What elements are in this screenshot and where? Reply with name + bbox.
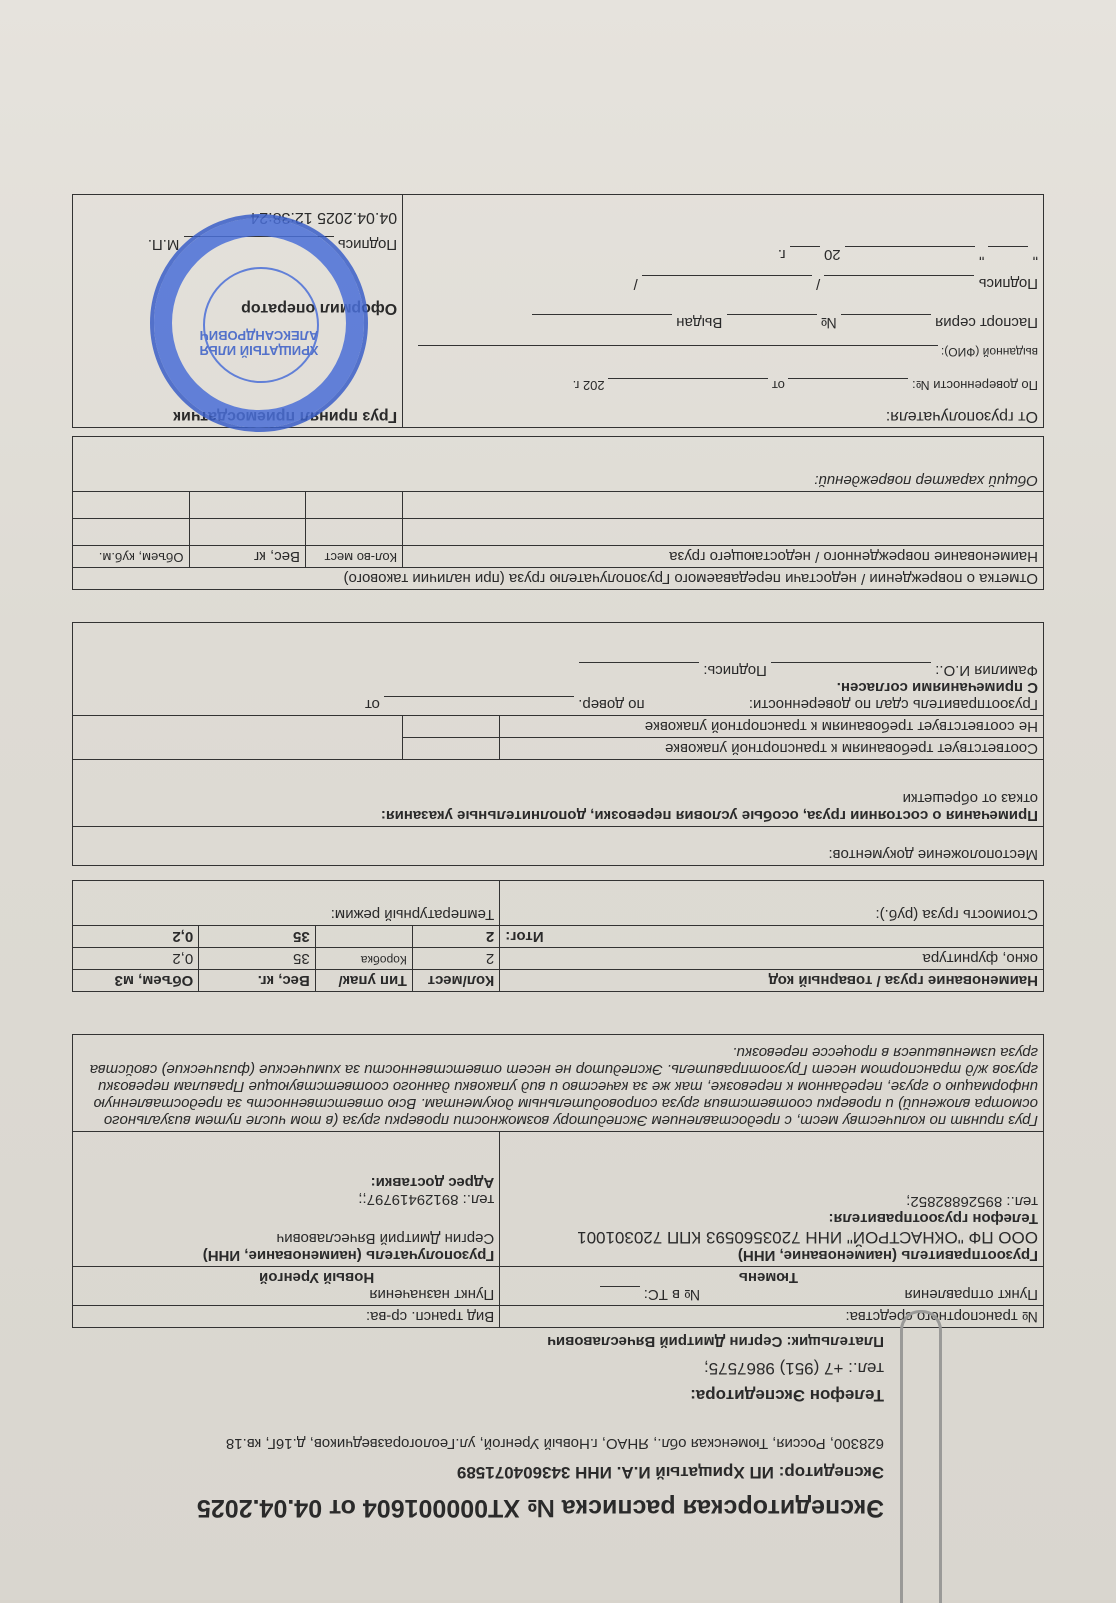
receiver-issued-to-field[interactable] — [418, 345, 938, 360]
forwarder-address: 628300, Россия, Тюменская обл., ЯНАО, г.… — [104, 1435, 884, 1452]
ts-no-label: № в ТС: — [644, 1286, 701, 1303]
shipper-phone: тел.: 89526882852; — [505, 1193, 1038, 1210]
temp-label: Температурный режим: — [73, 881, 500, 926]
receiver-signature-field[interactable] — [824, 275, 974, 290]
payer-label: Плательщик: — [787, 1333, 884, 1350]
forwarder-label: Экспедитор: — [779, 1463, 884, 1482]
consignee-label: Грузополучатель (наименование, ИНН) — [78, 1247, 494, 1264]
destination-city: Новый Уренгой — [259, 1269, 374, 1286]
consignee-name: Сергин Дмитрий Вячеславович — [78, 1230, 494, 1247]
from-consignee-label: От грузополучателя: — [408, 407, 1038, 425]
vehicle-type-label: Вид трансп. ср-ва: — [73, 1306, 500, 1328]
proxy-from-label: от — [365, 696, 380, 713]
company-stamp: ХРИЩАТЫЙ ИЛЬЯ АЛЕКСАНДРОВИЧ — [150, 214, 368, 432]
vehicle-no-label: № транспортного средства: — [500, 1306, 1044, 1328]
forwarder-phone: тел.: +7 (951) 9867575; — [704, 1358, 884, 1378]
proxy-handed-label: Грузоотправитель сдал по доверенности: — [749, 696, 1038, 713]
shipper-phone-label: Телефон грузоотправителя: — [505, 1210, 1038, 1227]
receipt-sheet: Экспедиторская расписка № ХТ000001604 от… — [0, 0, 1116, 1600]
cargo-header-qty: Кол/мест — [412, 970, 499, 992]
damage-title: Отметка о повреждении / недостачи переда… — [73, 568, 1044, 590]
cargo-total-row: Итог: 2 35 0,2 — [73, 926, 1044, 948]
cargo-header-volume: Объем, м3 — [73, 970, 199, 992]
damage-general-label: Общий характер повреждений: — [73, 437, 1044, 492]
proxy-no-label: по довер. — [578, 696, 644, 713]
packaging-not-complies: Не соответствует требованиям к транспорт… — [500, 716, 1044, 738]
paper-clip — [900, 1310, 942, 1600]
proxy-name-field[interactable] — [771, 662, 931, 677]
destination-label: Пункт назначения — [369, 1286, 494, 1303]
departure-city: Тюмень — [739, 1269, 798, 1286]
delivery-address-label: Адрес доставки: — [78, 1174, 494, 1191]
packaging-complies-box[interactable] — [403, 738, 500, 760]
notes-value: отказ от обрешетки — [78, 790, 1038, 807]
payer-name: Сергин Дмитрий Вячеславович — [547, 1333, 782, 1350]
forwarder-name: ИП Хрищатый И.А. ИНН 343604071589 — [457, 1463, 774, 1482]
proxy-sign-field[interactable] — [579, 662, 699, 677]
notes-table: Местоположение документов: Примечания о … — [72, 622, 1044, 866]
transport-table: № транспортного средства: Вид трансп. ср… — [72, 1034, 1044, 1328]
cargo-table: Наименование груза / товарный код Кол/ме… — [72, 880, 1044, 992]
consignee-phone: тел.: 89129419797;; — [78, 1191, 494, 1208]
packaging-not-complies-box[interactable] — [403, 716, 500, 738]
cost-label: Стоимость груза (руб.): — [500, 881, 1044, 926]
shipper-name: ООО ПФ "ОКНАСТРОЙ" ИНН 7203560593 КПП 72… — [505, 1227, 1038, 1247]
packaging-complies: Соответствует требованиям к транспортной… — [500, 738, 1044, 760]
docs-location-label: Местоположение документов: — [73, 827, 1044, 866]
cargo-header-weight: Вес, кг. — [199, 970, 316, 992]
damage-row — [73, 519, 1044, 546]
proxy-sign-label: Подпись: — [703, 662, 767, 679]
damage-table: Отметка о повреждении / недостачи переда… — [72, 436, 1044, 590]
receiver-proxy-no-field[interactable] — [788, 378, 908, 393]
document-title: Экспедиторская расписка № ХТ000001604 от… — [197, 1493, 884, 1522]
stamp-text: ХРИЩАТЫЙ ИЛЬЯ АЛЕКСАНДРОВИЧ — [154, 328, 364, 358]
agree-label: С примечаниями согласен. — [837, 679, 1038, 696]
cargo-row: окно, фурнитура 2 Коробка 35 0,2 — [73, 948, 1044, 970]
disclaimer: Груз принят по количеству мест, с предос… — [73, 1035, 1044, 1132]
cargo-header-name: Наименование груза / товарный код — [500, 970, 1044, 992]
cargo-header-pack: Тип упак/ — [315, 970, 412, 992]
damage-row — [73, 492, 1044, 519]
forwarder-phone-label: Телефон Экспедитора: — [690, 1385, 884, 1405]
departure-label: Пункт отправления — [904, 1286, 1038, 1303]
shipper-label: Грузоотправитель (наименование, ИНН) — [505, 1247, 1038, 1264]
proxy-name-label: Фамилия И.О.: — [935, 662, 1038, 679]
notes-label: Примечания о состоянии груза, особые усл… — [78, 807, 1038, 824]
